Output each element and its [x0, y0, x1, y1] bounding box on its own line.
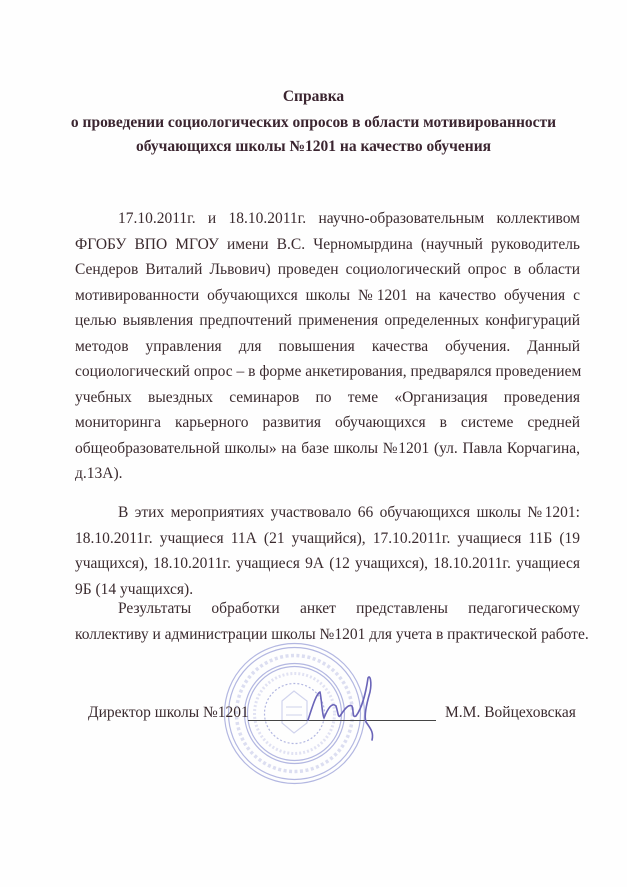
text-line: учебных выездных семинаров по теме «Орга…	[75, 385, 580, 411]
paragraph-results: Результаты обработки анкет представлены …	[75, 596, 580, 647]
text-line: В этих мероприятиях участвовало 66 обуча…	[75, 500, 580, 526]
signatory-name: М.М. Войцеховская	[445, 704, 576, 722]
paragraph-survey-description: 17.10.2011г. и 18.10.2011г. научно-образ…	[75, 206, 580, 487]
document-subtitle-line-1: о проведении социологических опросов в о…	[0, 114, 627, 132]
text-line: Сендеров Виталий Львович) проведен социо…	[75, 257, 580, 283]
document-subtitle-line-2: обучающихся школы №1201 на качество обуч…	[0, 138, 627, 156]
text-line: ФГОБУ ВПО МГОУ имени В.С. Черномырдина (…	[75, 232, 580, 258]
text-line: методов управления для повышения качеств…	[75, 334, 580, 360]
text-line: мониторинга карьерного развития обучающи…	[75, 410, 580, 436]
text-line: 18.10.2011г. учащиеся 11А (21 учащийся),…	[75, 526, 580, 552]
text-line: учащихся), 18.10.2011г. учащиеся 9А (12 …	[75, 551, 580, 577]
text-line: целью выявления предпочтений применения …	[75, 308, 580, 334]
document-title: Справка	[0, 88, 627, 106]
paragraph-participants: В этих мероприятиях участвовало 66 обуча…	[75, 500, 580, 602]
handwritten-signature-icon	[300, 672, 420, 742]
text-line: д.13А).	[75, 461, 580, 487]
text-line: мотивированности обучающихся школы №1201…	[75, 283, 580, 309]
text-line: общеобразовательной школы» на базе школы…	[75, 436, 580, 462]
document-page: Справка о проведении социологических опр…	[0, 0, 627, 887]
signatory-title: Директор школы №1201	[88, 704, 249, 722]
text-line: 17.10.2011г. и 18.10.2011г. научно-образ…	[75, 206, 580, 232]
text-line: социологический опрос – в форме анкетиро…	[75, 359, 580, 385]
text-line: Результаты обработки анкет представлены …	[75, 596, 580, 622]
